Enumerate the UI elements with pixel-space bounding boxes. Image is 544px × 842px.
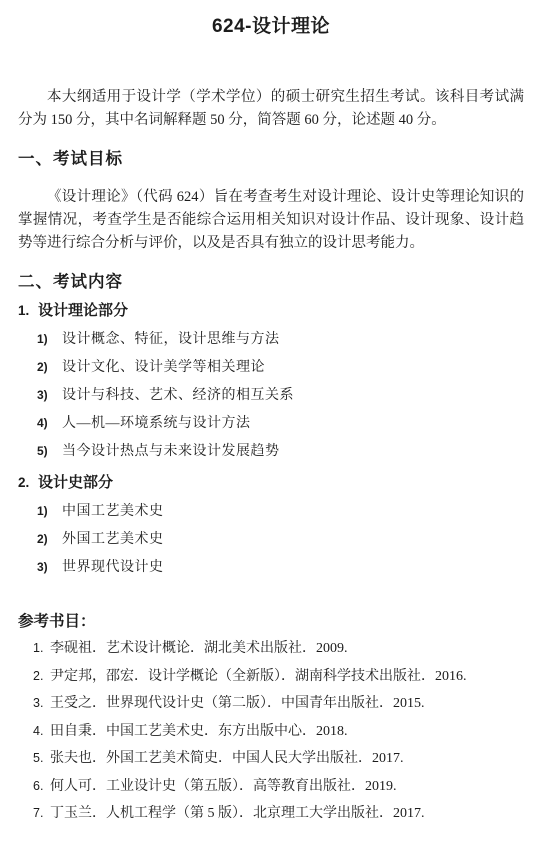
list-item: 1) 设计概念、特征，设计思维与方法: [37, 330, 524, 349]
list-item-marker: 1): [37, 330, 62, 349]
reference-number: 3.: [33, 694, 50, 714]
subsection-heading-design-theory: 1. 设计理论部分: [18, 301, 524, 321]
reference-item: 4. 田自秉．中国工艺美术史．东方出版中心．2018.: [33, 722, 524, 742]
list-item-text: 人—机—环境系统与设计方法: [62, 414, 251, 433]
section-heading-exam-content: 二、考试内容: [18, 271, 524, 293]
reference-text: 李砚祖．艺术设计概论．湖北美术出版社．2009.: [50, 639, 348, 659]
reference-number: 5.: [33, 749, 50, 769]
reference-item: 1. 李砚祖．艺术设计概论．湖北美术出版社．2009.: [33, 639, 524, 659]
reference-item: 5. 张夫也．外国工艺美术简史．中国人民大学出版社．2017.: [33, 749, 524, 769]
list-item: 2) 外国工艺美术史: [37, 530, 524, 549]
subsection-heading-design-history: 2. 设计史部分: [18, 473, 524, 493]
reference-number: 1.: [33, 639, 50, 659]
list-item-text: 当今设计热点与未来设计发展趋势: [62, 442, 280, 461]
list-item-marker: 2): [37, 358, 62, 377]
subsection-title: 设计理论部分: [38, 301, 128, 321]
list-item: 3) 设计与科技、艺术、经济的相互关系: [37, 386, 524, 405]
reference-text: 何人可．工业设计史（第五版）．高等教育出版社．2019.: [50, 777, 397, 797]
list-item-text: 设计概念、特征，设计思维与方法: [62, 330, 280, 349]
reference-number: 7.: [33, 804, 50, 824]
list-item-text: 外国工艺美术史: [62, 530, 164, 549]
reference-number: 4.: [33, 722, 50, 742]
list-item: 5) 当今设计热点与未来设计发展趋势: [37, 442, 524, 461]
exam-objectives-paragraph: 《设计理论》（代码 624）旨在考查考生对设计理论、设计史等理论知识的掌握情况，…: [18, 186, 524, 255]
section-heading-exam-objectives: 一、考试目标: [18, 148, 524, 170]
list-item-text: 中国工艺美术史: [62, 502, 164, 521]
list-item-marker: 1): [37, 502, 62, 521]
list-item: 3) 世界现代设计史: [37, 558, 524, 577]
reference-text: 丁玉兰．人机工程学（第 5 版）．北京理工大学出版社．2017.: [50, 804, 425, 824]
reference-text: 尹定邦，邵宏．设计学概论（全新版）．湖南科学技术出版社．2016.: [50, 667, 467, 687]
reference-item: 3. 王受之．世界现代设计史（第二版）．中国青年出版社．2015.: [33, 694, 524, 714]
intro-paragraph: 本大纲适用于设计学（学术学位）的硕士研究生招生考试。该科目考试满分为 150 分…: [18, 86, 524, 132]
subsection-number: 2.: [18, 473, 38, 493]
document-title: 624-设计理论: [18, 14, 524, 40]
reference-text: 王受之．世界现代设计史（第二版）．中国青年出版社．2015.: [50, 694, 425, 714]
list-item-text: 世界现代设计史: [62, 558, 164, 577]
list-item: 4) 人—机—环境系统与设计方法: [37, 414, 524, 433]
reference-item: 7. 丁玉兰．人机工程学（第 5 版）．北京理工大学出版社．2017.: [33, 804, 524, 824]
list-item-marker: 2): [37, 530, 62, 549]
list-item-marker: 5): [37, 442, 62, 461]
list-item-marker: 4): [37, 414, 62, 433]
reference-number: 6.: [33, 777, 50, 797]
subsection-title: 设计史部分: [38, 473, 113, 493]
reference-text: 田自秉．中国工艺美术史．东方出版中心．2018.: [50, 722, 348, 742]
list-item: 2) 设计文化、设计美学等相关理论: [37, 358, 524, 377]
reference-item: 2. 尹定邦，邵宏．设计学概论（全新版）．湖南科学技术出版社．2016.: [33, 667, 524, 687]
list-item-text: 设计与科技、艺术、经济的相互关系: [62, 386, 294, 405]
list-item-marker: 3): [37, 386, 62, 405]
subsection-number: 1.: [18, 301, 38, 321]
list-item-marker: 3): [37, 558, 62, 577]
reference-text: 张夫也．外国工艺美术简史．中国人民大学出版社．2017.: [50, 749, 404, 769]
reference-number: 2.: [33, 667, 50, 687]
reference-item: 6. 何人可．工业设计史（第五版）．高等教育出版社．2019.: [33, 777, 524, 797]
references-heading: 参考书目：: [18, 611, 524, 632]
list-item-text: 设计文化、设计美学等相关理论: [62, 358, 265, 377]
document-page: 624-设计理论 本大纲适用于设计学（学术学位）的硕士研究生招生考试。该科目考试…: [0, 0, 544, 842]
list-item: 1) 中国工艺美术史: [37, 502, 524, 521]
